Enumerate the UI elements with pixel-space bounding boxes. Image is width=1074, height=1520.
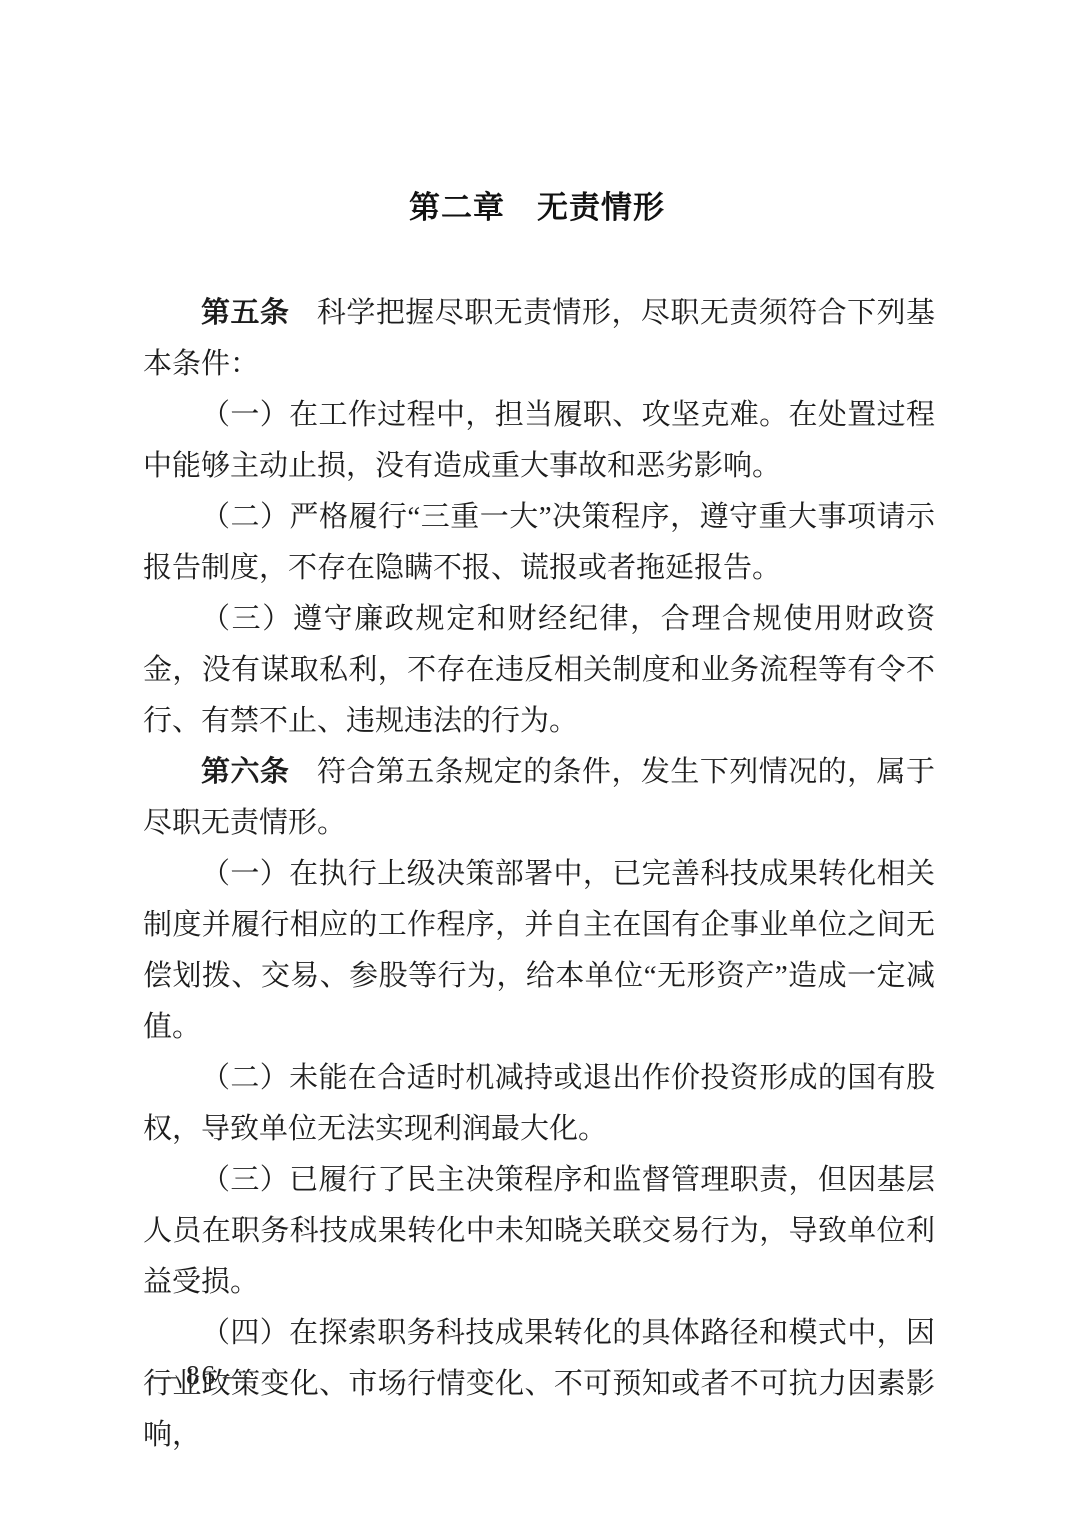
paragraph-text: （三）遵守廉政规定和财经纪律，合理合规使用财政资金，没有谋取私利，不存在违反相关… [143, 603, 935, 737]
paragraph: 第五条科学把握尽职无责情形，尽职无责须符合下列基本条件： [143, 288, 935, 390]
paragraph-text: （三）已履行了民主决策程序和监督管理职责，但因基层人员在职务科技成果转化中未知晓… [143, 1164, 935, 1298]
paragraph-text: （一）在执行上级决策部署中，已完善科技成果转化相关制度并履行相应的工作程序，并自… [143, 858, 935, 1043]
paragraph: （三）已履行了民主决策程序和监督管理职责，但因基层人员在职务科技成果转化中未知晓… [143, 1155, 935, 1308]
paragraph: （一）在工作过程中，担当履职、攻坚克难。在处置过程中能够主动止损，没有造成重大事… [143, 390, 935, 492]
page-number: 86 [186, 1360, 217, 1390]
paragraph-text: （一）在工作过程中，担当履职、攻坚克难。在处置过程中能够主动止损，没有造成重大事… [143, 399, 935, 482]
article-number: 第六条 [201, 756, 289, 788]
paragraph: （三）遵守廉政规定和财经纪律，合理合规使用财政资金，没有谋取私利，不存在违反相关… [143, 594, 935, 747]
article-number: 第五条 [201, 297, 289, 329]
footer-dash-left: — [145, 1360, 186, 1390]
page-footer: —86— [145, 1360, 258, 1391]
paragraph: （二）严格履行“三重一大”决策程序，遵守重大事项请示报告制度，不存在隐瞒不报、谎… [143, 492, 935, 594]
paragraph: （一）在执行上级决策部署中，已完善科技成果转化相关制度并履行相应的工作程序，并自… [143, 849, 935, 1053]
footer-dash-right: — [217, 1360, 258, 1390]
chapter-title: 第二章 无责情形 [0, 0, 1074, 226]
paragraph: （四）在探索职务科技成果转化的具体路径和模式中，因行业政策变化、市场行情变化、不… [143, 1308, 935, 1461]
paragraph-text: （二）严格履行“三重一大”决策程序，遵守重大事项请示报告制度，不存在隐瞒不报、谎… [143, 501, 935, 584]
paragraph-text: （二）未能在合适时机减持或退出作价投资形成的国有股权，导致单位无法实现利润最大化… [143, 1062, 935, 1145]
document-page: 第二章 无责情形 第五条科学把握尽职无责情形，尽职无责须符合下列基本条件： （一… [0, 0, 1074, 1520]
document-body: 第五条科学把握尽职无责情形，尽职无责须符合下列基本条件： （一）在工作过程中，担… [143, 288, 935, 1461]
paragraph: （二）未能在合适时机减持或退出作价投资形成的国有股权，导致单位无法实现利润最大化… [143, 1053, 935, 1155]
paragraph-text: （四）在探索职务科技成果转化的具体路径和模式中，因行业政策变化、市场行情变化、不… [143, 1317, 935, 1451]
paragraph: 第六条符合第五条规定的条件，发生下列情况的，属于尽职无责情形。 [143, 747, 935, 849]
